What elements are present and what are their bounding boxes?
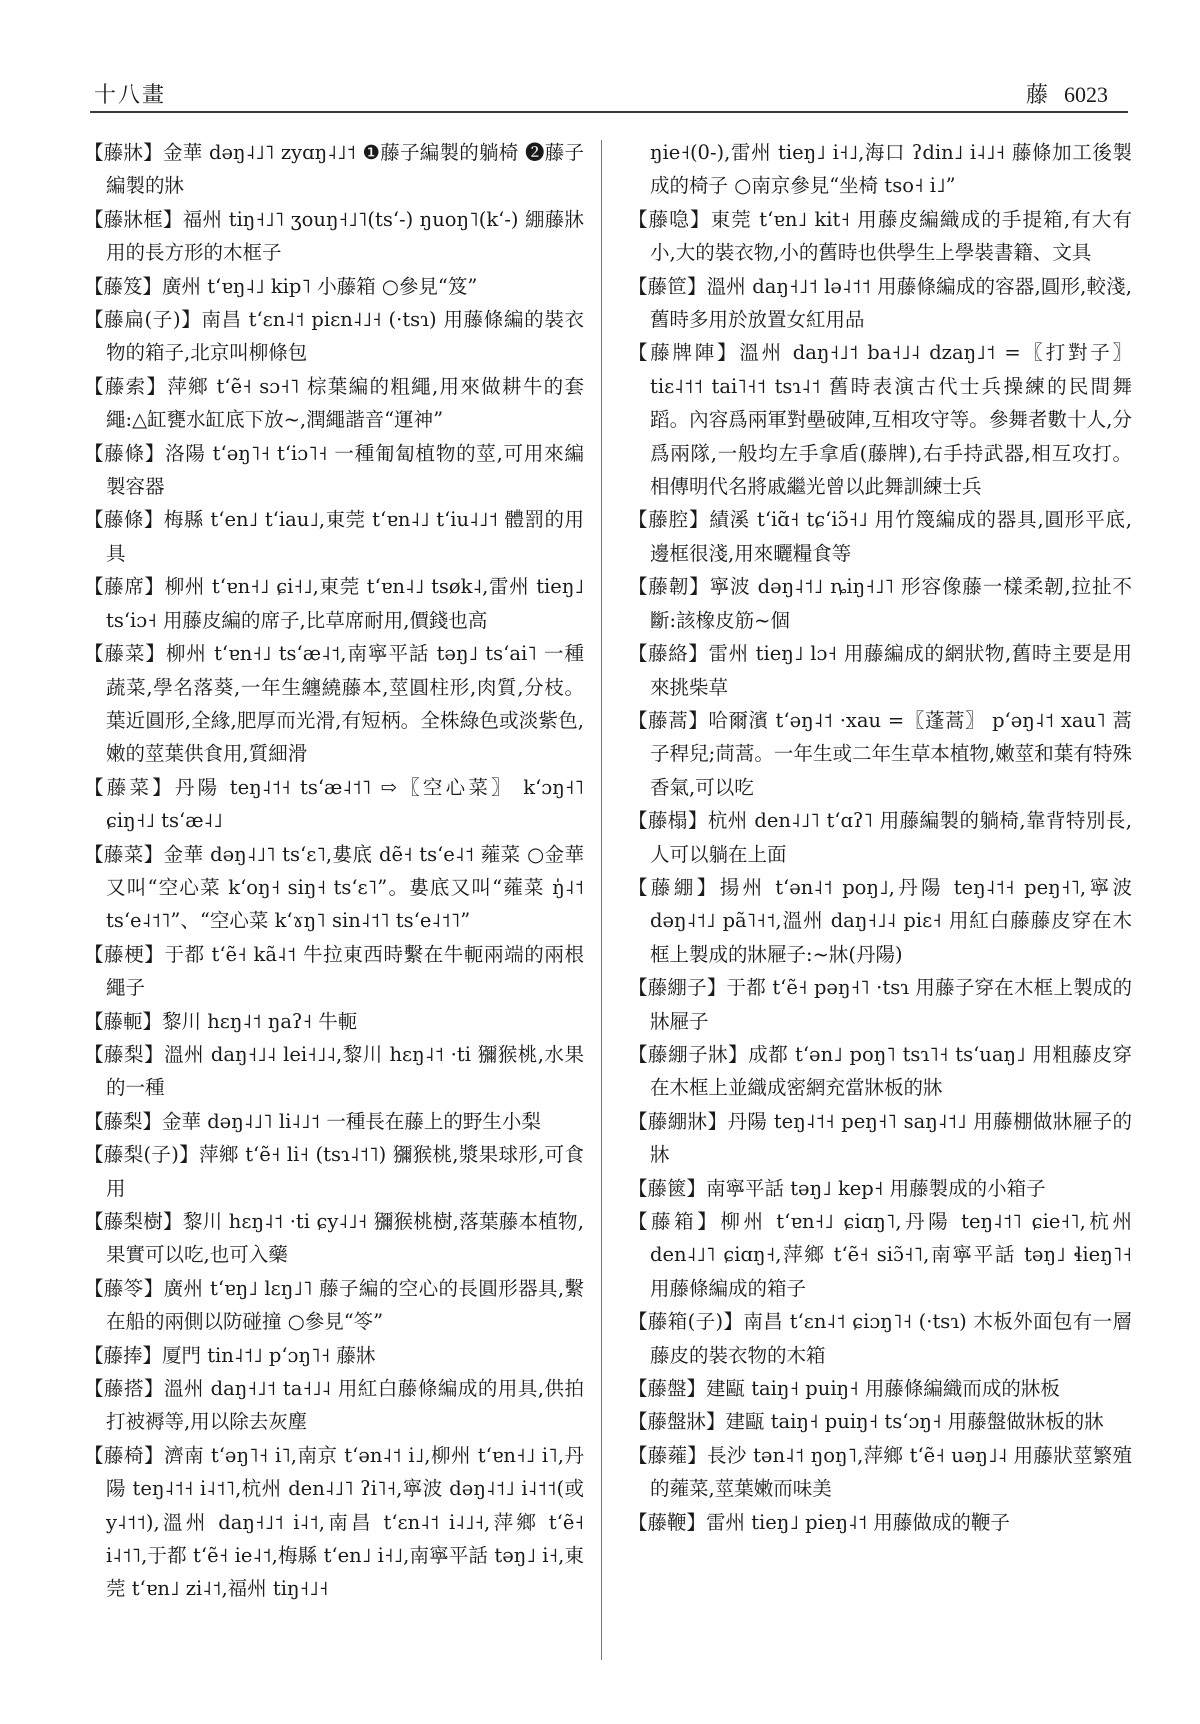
dictionary-entry: 【藤盤】建甌 taiŋ˧ puiŋ˧ 用藤條編織而成的牀板 bbox=[628, 1372, 1132, 1405]
dictionary-entry: 【藤韌】寧波 dəŋ˨˦˩ ȵiŋ˧˩˥ 形容像藤一樣柔韌,拉扯不斷:該橡皮筋~… bbox=[628, 570, 1132, 637]
dictionary-entry: 【藤鞭】雷州 tieŋ˩ pieŋ˨˦ 用藤做成的鞭子 bbox=[628, 1506, 1132, 1539]
dictionary-entry: 【藤絡】雷州 tieŋ˩ lɔ˧ 用藤編成的網狀物,舊時主要是用來挑柴草 bbox=[628, 637, 1132, 704]
dictionary-entry: ŋie˧(0-),雷州 tieŋ˩ i˧˩,海口 ʔdin˩ i˨˩˧ 藤條加工… bbox=[628, 136, 1132, 203]
dictionary-entry: 【藤箱】柳州 t‘ɐn˧˩ ɕiɑŋ˥,丹陽 teŋ˨˦˥ ɕie˧˥,杭州 d… bbox=[628, 1205, 1132, 1305]
dictionary-entry: 【藤笸】溫州 daŋ˧˩˦ lə˨˦˦ 用藤條編成的容器,圓形,較淺,舊時多用於… bbox=[628, 270, 1132, 337]
dictionary-entry: 【藤喼】東莞 t‘ɐn˩ kit˧ 用藤皮編織成的手提箱,有大有小,大的裝衣物,… bbox=[628, 203, 1132, 270]
dictionary-entry: 【藤綳子】于都 t‘ẽ˧ pəŋ˧˥ ·tsɿ 用藤子穿在木框上製成的牀屜子 bbox=[628, 971, 1132, 1038]
dictionary-entry: 【藤梨樹】黎川 hɛŋ˨˦ ·ti ɕy˨˩˧ 獼猴桃樹,落葉藤本植物,果實可以… bbox=[84, 1205, 584, 1272]
dictionary-entry: 【藤牀】金華 dəŋ˨˩˥ zyɑŋ˨˩˦ ❶藤子編製的躺椅 ❷藤子編製的牀 bbox=[84, 136, 584, 203]
dictionary-entry: 【藤笭】廣州 t‘ɐŋ˩ lɛŋ˩˥ 藤子編的空心的長圓形器具,繫在船的兩側以防… bbox=[84, 1272, 584, 1339]
dictionary-entry: 【藤牌陣】溫州 daŋ˧˩˦ ba˧˩˨ dzaŋ˩˦ =〖打對子〗 tiɛ˨˦… bbox=[628, 336, 1132, 503]
dictionary-entry: 【藤菜】丹陽 teŋ˨˦˧ ts‘æ˨˦˥ ⇨〖空心菜〗 k‘ɔŋ˧˥ ɕiŋ˧… bbox=[84, 771, 584, 838]
dictionary-entry: 【藤席】柳州 t‘ɐn˧˩ ɕi˧˩,東莞 t‘ɐn˨˩ tsøk˨,雷州 ti… bbox=[84, 570, 584, 637]
page-number: 6023 bbox=[1064, 82, 1108, 107]
dictionary-entry: 【藤箱(子)】南昌 t‘ɛn˨˦ ɕiɔŋ˥˧ (·tsɿ) 木板外面包有一層藤… bbox=[628, 1305, 1132, 1372]
dictionary-entry: 【藤搭】溫州 daŋ˧˩˦ ta˧˩˨ 用紅白藤條編成的用具,供拍打被褥等,用以… bbox=[84, 1372, 584, 1439]
dictionary-entry: 【藤盤牀】建甌 taiŋ˧ puiŋ˧ ts‘ɔŋ˧ 用藤盤做牀板的牀 bbox=[628, 1405, 1132, 1438]
dictionary-entry: 【藤綳子牀】成都 t‘ən˩ poŋ˥ tsɿ˥˧ ts‘uaŋ˩ 用粗藤皮穿在… bbox=[628, 1038, 1132, 1105]
head-character: 藤 bbox=[1026, 83, 1048, 108]
dictionary-entry: 【藤梨(子)】萍鄉 t‘ẽ˧ li˧ (tsɿ˨˦˥) 獼猴桃,漿果球形,可食用 bbox=[84, 1138, 584, 1205]
dictionary-entry: 【藤綳牀】丹陽 teŋ˨˦˧ peŋ˧˥ saŋ˨˦˩ 用藤棚做牀屜子的牀 bbox=[628, 1105, 1132, 1172]
section-title: 十八畫 bbox=[94, 78, 166, 109]
dictionary-entry: 【藤菜】金華 dəŋ˨˩˥ ts‘ɛ˥,婁底 dẽ˧ ts‘e˨˦ 蕹菜 ○金華… bbox=[84, 838, 584, 938]
left-column: 【藤牀】金華 dəŋ˨˩˥ zyɑŋ˨˩˦ ❶藤子編製的躺椅 ❷藤子編製的牀【藤… bbox=[84, 136, 584, 1606]
dictionary-entry: 【藤梨】金華 dəŋ˨˩˥ li˨˩˦ 一種長在藤上的野生小梨 bbox=[84, 1105, 584, 1138]
dictionary-entry: 【藤牀框】福州 tiŋ˧˩˥ ʒouŋ˧˩˥(ts‘-) ŋuoŋ˥(k‘-) … bbox=[84, 203, 584, 270]
dictionary-entry: 【藤菜】柳州 t‘ɐn˧˩ ts‘æ˨˦,南寧平話 təŋ˩ ts‘ai˥ 一種… bbox=[84, 637, 584, 771]
dictionary-entry: 【藤笈】廣州 t‘ɐŋ˨˩ kip˥ 小藤箱 ○參見“笈” bbox=[84, 270, 584, 303]
running-head: 藤6023 bbox=[1026, 78, 1108, 109]
dictionary-entry: 【藤扁(子)】南昌 t‘ɛn˨˦ piɛn˨˩˧ (·tsɿ) 用藤條編的裝衣物… bbox=[84, 303, 584, 370]
dictionary-entry: 【藤蒿】哈爾濱 t‘əŋ˨˦ ·xau =〖蓬蒿〗 p‘əŋ˨˦ xau˥ 蒿子… bbox=[628, 704, 1132, 804]
dictionary-entry: 【藤榻】杭州 den˨˩˥ t‘ɑʔ˥ 用藤編製的躺椅,靠背特別長,人可以躺在上… bbox=[628, 804, 1132, 871]
dictionary-entry: 【藤索】萍鄉 t‘ẽ˧ sɔ˧˥ 棕葉編的粗繩,用來做耕牛的套繩:△缸甕水缸底下… bbox=[84, 370, 584, 437]
dictionary-entry: 【藤條】洛陽 t‘əŋ˥˧ t‘iɔ˥˧ 一種匍匐植物的莖,可用來編製容器 bbox=[84, 437, 584, 504]
dictionary-entry: 【藤蕹】長沙 tən˨˦ ŋoŋ˥,萍鄉 t‘ẽ˧ uəŋ˩˨ 用藤狀莖繁殖的蕹… bbox=[628, 1439, 1132, 1506]
header-rule bbox=[90, 111, 1128, 113]
dictionary-entry: 【藤篋】南寧平話 təŋ˩ kep˧ 用藤製成的小箱子 bbox=[628, 1172, 1132, 1205]
dictionary-entry: 【藤條】梅縣 t‘en˩ t‘iau˩,東莞 t‘ɐn˨˩ t‘iu˨˩˦ 體罰… bbox=[84, 503, 584, 570]
dictionary-entry: 【藤捧】厦門 tin˨˦˩ p‘ɔŋ˥˧ 藤牀 bbox=[84, 1339, 584, 1372]
right-column: ŋie˧(0-),雷州 tieŋ˩ i˧˩,海口 ʔdin˩ i˨˩˧ 藤條加工… bbox=[628, 136, 1132, 1539]
dictionary-entry: 【藤椅】濟南 t‘əŋ˥˧ i˥,南京 t‘ən˨˦ i˩,柳州 t‘ɐn˧˩ … bbox=[84, 1439, 584, 1606]
dictionary-entry: 【藤軛】黎川 hɛŋ˨˦ ŋaʔ˧ 牛軛 bbox=[84, 1005, 584, 1038]
dictionary-entry: 【藤綳】揚州 t‘ən˨˦ poŋ˩,丹陽 teŋ˨˦˧ peŋ˧˥,寧波 də… bbox=[628, 871, 1132, 971]
column-divider bbox=[601, 140, 602, 1660]
dictionary-entry: 【藤梗】于都 t‘ẽ˧ kã˨˦ 牛拉東西時繫在牛軛兩端的兩根繩子 bbox=[84, 938, 584, 1005]
dictionary-entry: 【藤腔】績溪 t‘iɑ̃˧ tɕ‘iɔ̃˧˩ 用竹篾編成的器具,圓形平底,邊框很… bbox=[628, 503, 1132, 570]
page-header: 十八畫 藤6023 bbox=[90, 70, 1130, 112]
dictionary-entry: 【藤梨】溫州 daŋ˧˩˨ lei˧˩˨,黎川 hɛŋ˨˦ ·ti 獼猴桃,水果… bbox=[84, 1038, 584, 1105]
